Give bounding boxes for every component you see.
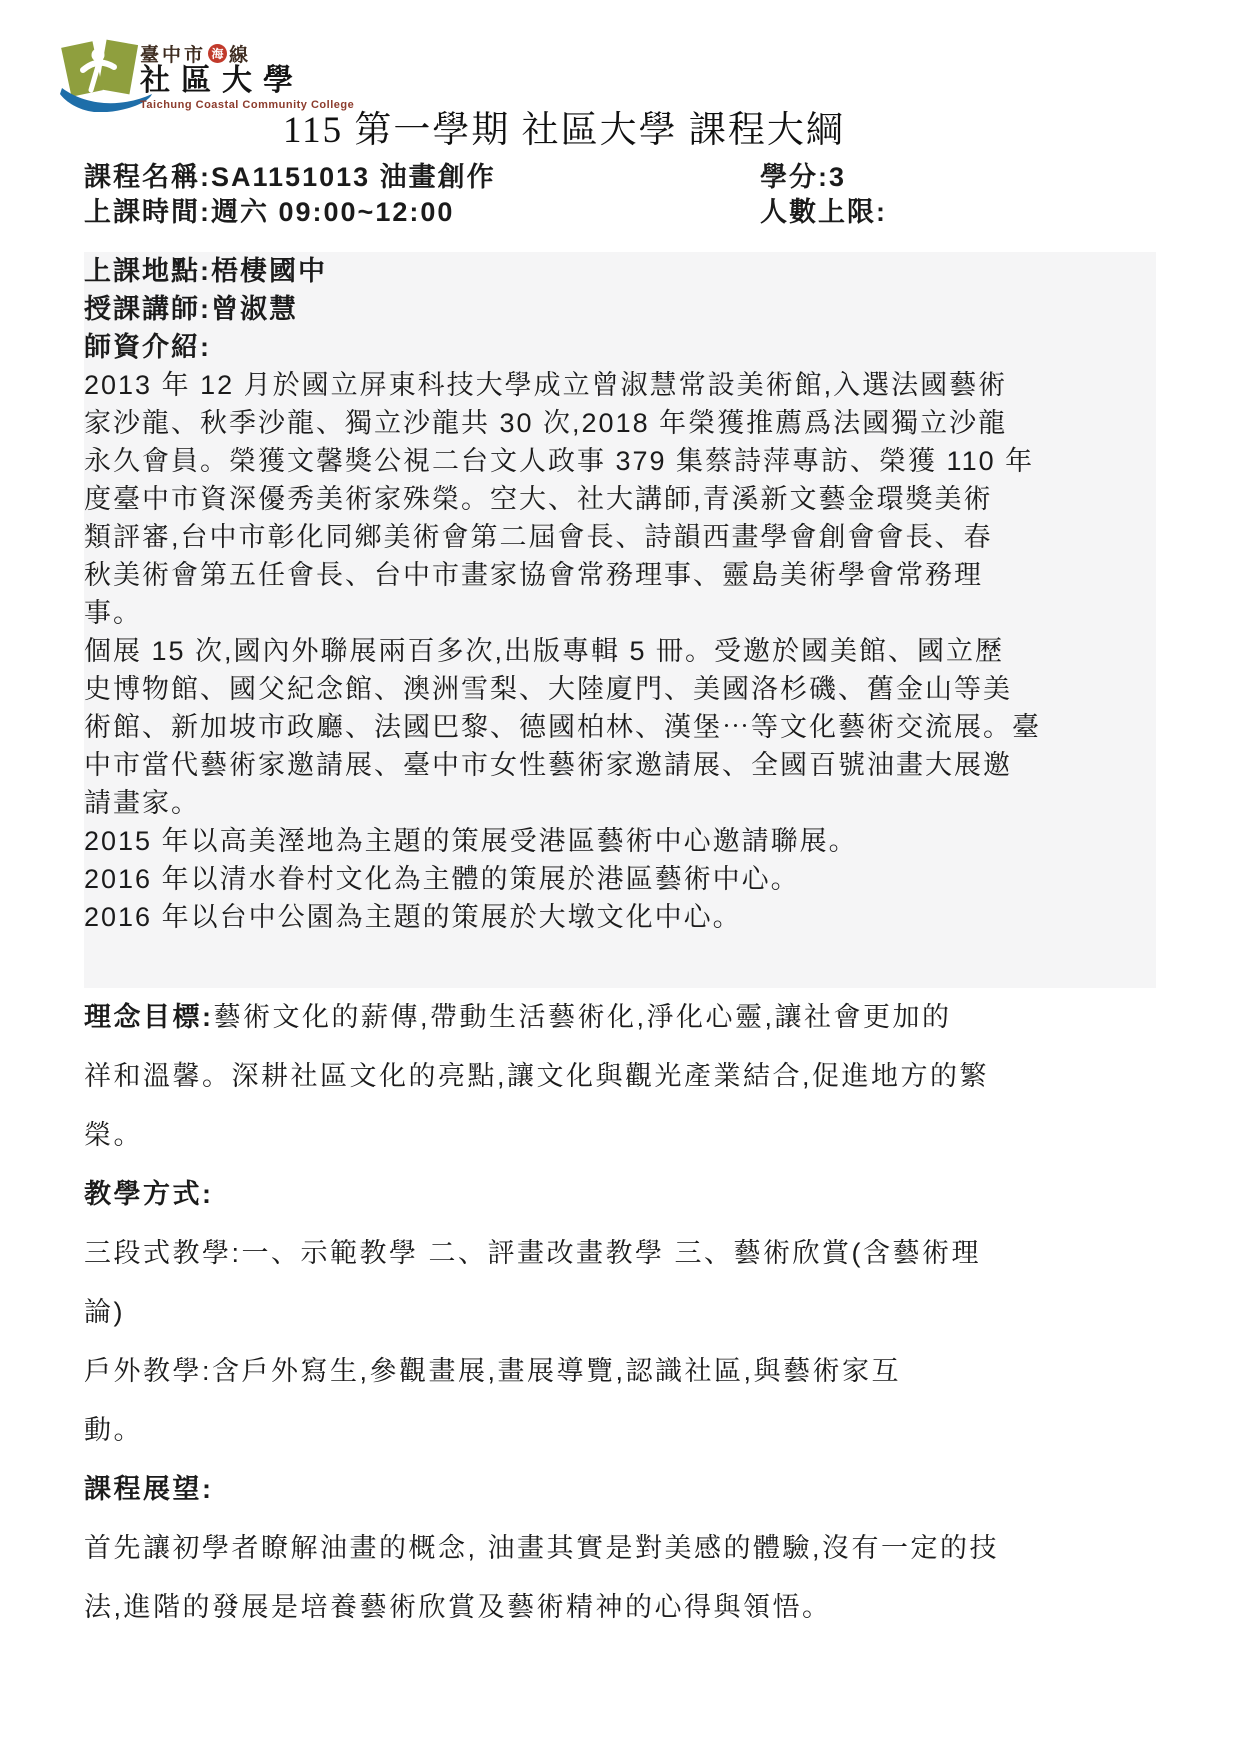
logo-region-name: 臺中市 海 線 xyxy=(140,42,354,64)
school-logo: 臺中市 海 線 社區大學 Taichung Coastal Community … xyxy=(58,34,354,112)
logo-region-suffix: 線 xyxy=(229,40,251,67)
course-detail-box: 上課地點:梧棲國中 授課講師:曾淑慧 師資介紹: 2013 年 12 月於國立屏… xyxy=(84,252,1156,988)
teacher-intro-paragraph: 2013 年 12 月於國立屏東科技大學成立曾淑慧常設美術館,入選法國藝術 家沙… xyxy=(84,366,1156,632)
course-outlook-heading: 課程展望: xyxy=(84,1460,1184,1519)
course-name-value: SA1151013 油畫創作 xyxy=(211,162,496,192)
location-row: 上課地點:梧棲國中 xyxy=(84,252,1156,290)
teacher-row: 授課講師:曾淑慧 xyxy=(84,290,1156,328)
syllabus-page: 臺中市 海 線 社區大學 Taichung Coastal Community … xyxy=(0,0,1241,1755)
class-time-value: 週六 09:00~12:00 xyxy=(211,197,454,227)
class-time-row: 上課時間:週六 09:00~12:00 人數上限: xyxy=(84,195,1156,230)
goals-heading: 理念目標: xyxy=(84,1002,214,1032)
lower-sections: 理念目標:藝術文化的薪傳,帶動生活藝術化,淨化心靈,讓社會更加的 祥和溫馨。深耕… xyxy=(84,988,1184,1637)
capacity-label: 人數上限: xyxy=(760,197,887,227)
teacher-label: 授課講師: xyxy=(84,294,211,324)
teaching-method-heading: 教學方式: xyxy=(84,1165,1184,1224)
credit-label: 學分: xyxy=(760,162,829,192)
header-info: 課程名稱:SA1151013 油畫創作 學分:3 上課時間:週六 09:00~1… xyxy=(84,160,1156,230)
class-time-label: 上課時間: xyxy=(84,197,211,227)
goals-text: 藝術文化的薪傳,帶動生活藝術化,淨化心靈,讓社會更加的 祥和溫馨。深耕社區文化的… xyxy=(84,1002,989,1150)
course-name-label: 課程名稱: xyxy=(84,162,211,192)
logo-seal-icon: 海 xyxy=(208,44,227,63)
logo-school-name: 社區大學 xyxy=(140,64,354,98)
logo-text: 臺中市 海 線 社區大學 Taichung Coastal Community … xyxy=(140,34,354,112)
exhibition-paragraph: 個展 15 次,國內外聯展兩百多次,出版專輯 5 冊。受邀於國美館、國立歷 史博… xyxy=(84,632,1156,822)
teacher-value: 曾淑慧 xyxy=(211,294,298,324)
location-label: 上課地點: xyxy=(84,256,211,286)
teaching-method-paragraph: 三段式教學:一、示範教學 二、評畫改畫教學 三、藝術欣賞(含藝術理 論) xyxy=(84,1224,1184,1342)
credit-value: 3 xyxy=(829,162,846,192)
course-name-row: 課程名稱:SA1151013 油畫創作 學分:3 xyxy=(84,160,1156,195)
capacity-field: 人數上限: xyxy=(760,195,887,230)
logo-seal-char: 海 xyxy=(212,45,224,62)
credit-field: 學分:3 xyxy=(760,160,846,195)
logo-region-prefix: 臺中市 xyxy=(140,40,206,67)
teacher-intro-heading: 師資介紹: xyxy=(84,328,1156,366)
curation-paragraph: 2015 年以高美溼地為主題的策展受港區藝術中心邀請聯展。 2016 年以清水眷… xyxy=(84,822,1156,936)
course-outlook-paragraph: 首先讓初學者瞭解油畫的概念, 油畫其實是對美感的體驗,沒有一定的技 法,進階的發… xyxy=(84,1519,1184,1637)
outdoor-teaching-paragraph: 戶外教學:含戶外寫生,參觀畫展,畫展導覽,認識社區,與藝術家互 動。 xyxy=(84,1342,1184,1460)
goals-paragraph: 理念目標:藝術文化的薪傳,帶動生活藝術化,淨化心靈,讓社會更加的 祥和溫馨。深耕… xyxy=(84,988,1184,1165)
page-title: 115 第一學期 社區大學 課程大綱 xyxy=(28,106,1100,156)
location-value: 梧棲國中 xyxy=(211,256,327,286)
